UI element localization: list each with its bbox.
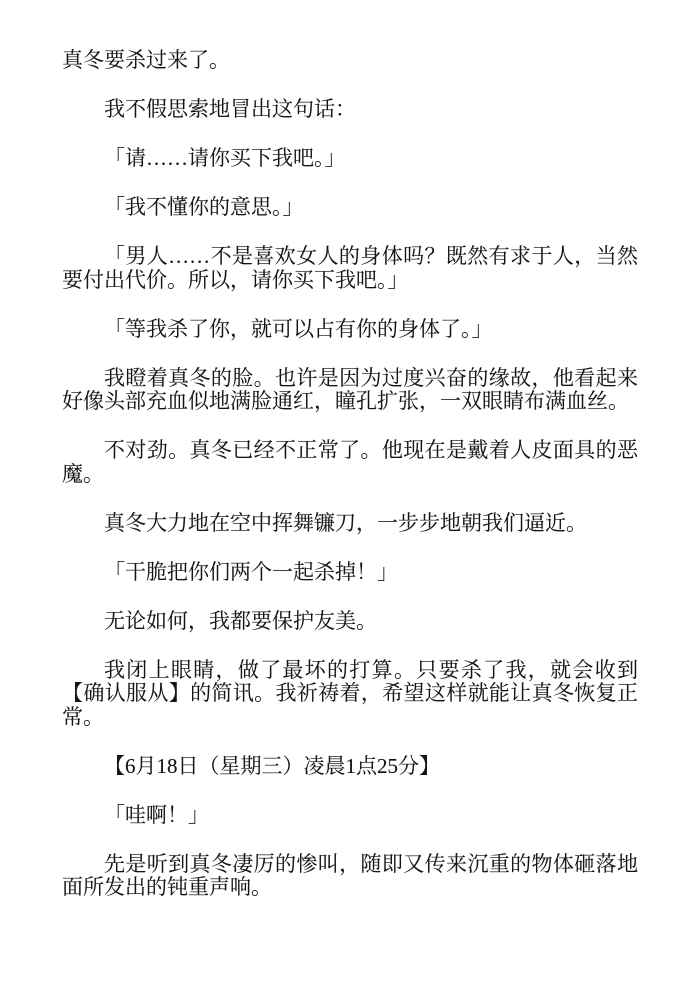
timestamp-paragraph: 【6月18日（星期三）凌晨1点25分】 — [62, 755, 638, 779]
paragraph-dialogue: 「男人……不是喜欢女人的身体吗？既然有求于人，当然要付出代价。所以，请你买下我吧… — [62, 245, 638, 292]
paragraph: 无论如何，我都要保护友美。 — [62, 610, 638, 634]
paragraph: 我不假思索地冒出这句话： — [62, 98, 638, 122]
novel-page: 真冬要杀过来了。 我不假思索地冒出这句话： 「请……请你买下我吧。」 「我不懂你… — [0, 0, 700, 992]
paragraph-dialogue: 「请……请你买下我吧。」 — [62, 147, 638, 171]
paragraph: 我闭上眼睛，做了最坏的打算。只要杀了我，就会收到【确认服从】的简讯。我祈祷着，希… — [62, 659, 638, 730]
paragraph: 不对劲。真冬已经不正常了。他现在是戴着人皮面具的恶魔。 — [62, 439, 638, 486]
paragraph-dialogue: 「我不懂你的意思。」 — [62, 196, 638, 220]
paragraph: 真冬要杀过来了。 — [62, 49, 638, 73]
paragraph-dialogue: 「等我杀了你，就可以占有你的身体了。」 — [62, 318, 638, 342]
paragraph: 我瞪着真冬的脸。也许是因为过度兴奋的缘故，他看起来好像头部充血似地满脸通红，瞳孔… — [62, 367, 638, 414]
paragraph-dialogue: 「干脆把你们两个一起杀掉！」 — [62, 561, 638, 585]
paragraph-dialogue: 「哇啊！」 — [62, 804, 638, 828]
paragraph: 先是听到真冬凄厉的惨叫，随即又传来沉重的物体砸落地面所发出的钝重声响。 — [62, 853, 638, 900]
paragraph: 真冬大力地在空中挥舞镰刀，一步步地朝我们逼近。 — [62, 512, 638, 536]
